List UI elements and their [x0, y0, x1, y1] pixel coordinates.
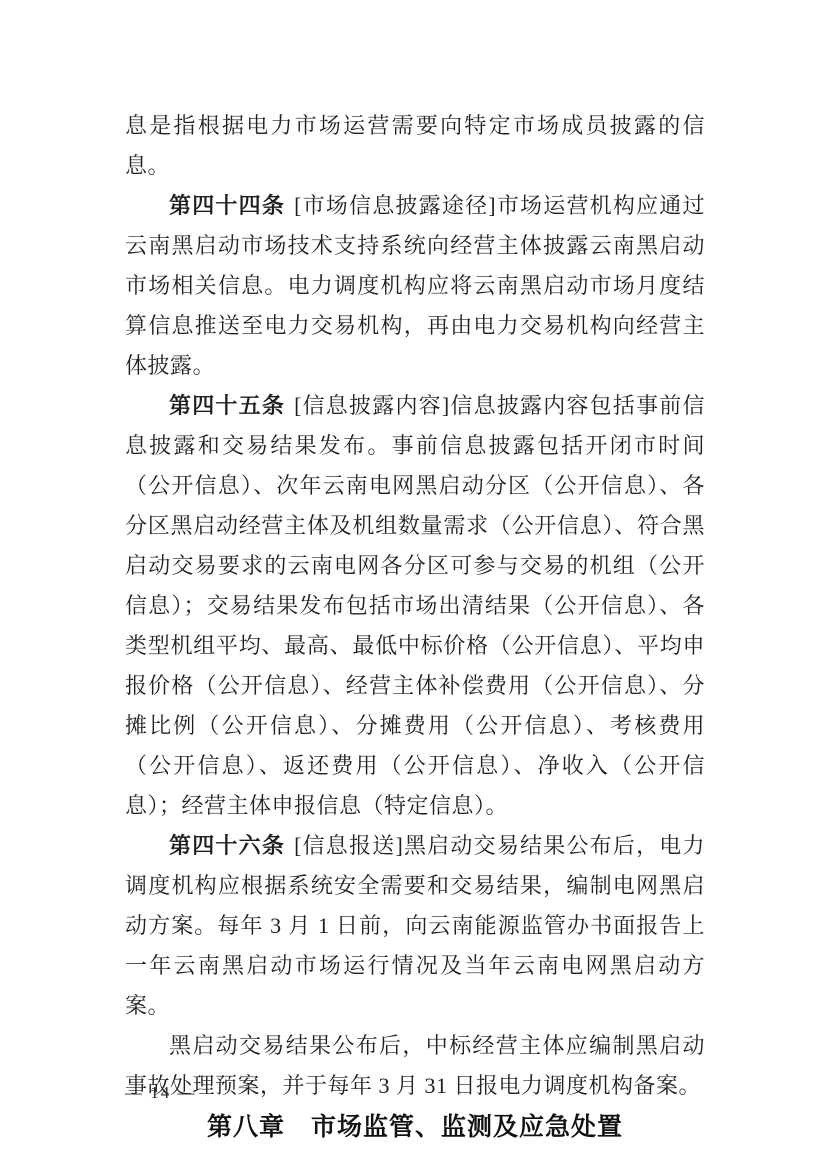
paragraph-continuation: 息是指根据电力市场运营需要向特定市场成员披露的信息。	[125, 106, 705, 186]
article-46-text: [信息报送]黑启动交易结果公布后，电力调度机构应根据系统安全需要和交易结果，编制…	[125, 833, 705, 1018]
article-45-text: [信息披露内容]信息披露内容包括事前信息披露和交易结果发布。事前信息披露包括开闭…	[125, 393, 705, 818]
chapter-heading: 第八章 市场监管、监测及应急处置	[125, 1106, 705, 1148]
article-46-number: 第四十六条	[169, 833, 285, 858]
document-body: 息是指根据电力市场运营需要向特定市场成员披露的信息。 第四十四条[市场信息披露途…	[125, 106, 705, 1148]
article-44-text: [市场信息披露途径]市场运营机构应通过云南黑启动市场技术支持系统向经营主体披露云…	[125, 193, 705, 378]
document-page: 息是指根据电力市场运营需要向特定市场成员披露的信息。 第四十四条[市场信息披露途…	[0, 0, 827, 1170]
paragraph-article-45: 第四十五条[信息披露内容]信息披露内容包括事前信息披露和交易结果发布。事前信息披…	[125, 386, 705, 826]
article-45-number: 第四十五条	[169, 393, 285, 418]
paragraph-filing: 黑启动交易结果公布后，中标经营主体应编制黑启动事故处理预案，并于每年 3 月 3…	[125, 1026, 705, 1106]
paragraph-article-44: 第四十四条[市场信息披露途径]市场运营机构应通过云南黑启动市场技术支持系统向经营…	[125, 186, 705, 386]
page-number: — 14 —	[125, 1082, 197, 1104]
article-44-number: 第四十四条	[169, 193, 285, 218]
paragraph-article-46: 第四十六条[信息报送]黑启动交易结果公布后，电力调度机构应根据系统安全需要和交易…	[125, 826, 705, 1026]
